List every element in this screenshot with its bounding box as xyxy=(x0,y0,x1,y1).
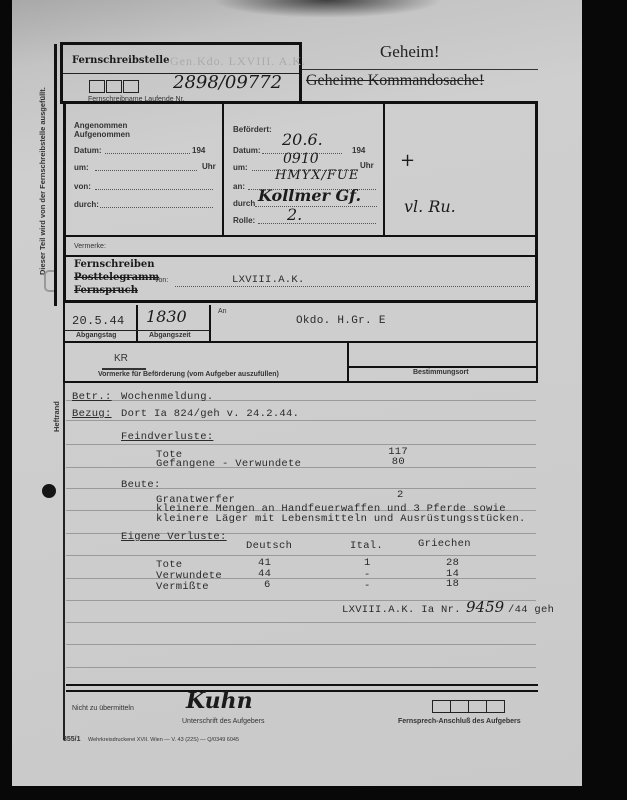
vormerke-label: Vormerke für Beförderung (vom Aufgeber a… xyxy=(98,371,279,378)
abgangstag-value: 20.5.44 xyxy=(72,314,125,328)
phone-box-2 xyxy=(450,700,469,713)
heftrand-label: Heftrand xyxy=(52,401,61,432)
fwd-an-label: an: xyxy=(233,182,245,191)
scan-shadow xyxy=(212,0,442,18)
classification-struck: Geheime Kommandosache! xyxy=(306,72,484,90)
received-durch-label: durch: xyxy=(74,200,99,209)
type-posttelegramm-struck: Posttelegramm xyxy=(74,272,159,283)
feind-gefangene-label: Gefangene - Verwundete xyxy=(156,458,301,470)
type-von-label: von: xyxy=(155,277,168,284)
bestimmungsort-label: Bestimmungsort xyxy=(413,369,469,376)
aufgenommen-label: Aufgenommen xyxy=(74,130,130,139)
nicht-uebermitteln-label: Nicht zu übermitteln xyxy=(72,705,134,712)
sender-signature: Kuhn xyxy=(186,688,253,714)
vermerke-label: Vermerke: xyxy=(74,243,106,250)
received-von-label: von: xyxy=(74,182,91,191)
abgangstag-label: Abgangstag xyxy=(76,332,116,339)
code-box-3 xyxy=(123,80,139,93)
row-label: Vermißte xyxy=(156,581,209,593)
col-divider-2 xyxy=(383,104,385,236)
row-divider-type xyxy=(66,255,535,257)
row-divider-vermerke xyxy=(66,235,535,237)
punch-hole xyxy=(42,484,56,498)
form-number: 355/1 xyxy=(63,736,81,743)
left-border xyxy=(54,44,57,306)
type-fernschreiben: Fernschreiben xyxy=(74,259,155,270)
fernsprech-label: Fernsprech-Anschluß des Aufgebers xyxy=(398,718,521,725)
operator-initials: vl. Ru. xyxy=(404,197,456,216)
fwd-year: 194 xyxy=(352,146,365,155)
received-year: 194 xyxy=(192,146,205,155)
received-um-label: um: xyxy=(74,163,89,172)
eigene-verluste-heading: Eigene Verluste: xyxy=(121,531,227,543)
beute-line-3: kleinere Läger mit Lebensmitteln und Aus… xyxy=(156,513,526,525)
fwd-datum-label: Datum: xyxy=(233,146,261,155)
sender-unit: LXVIII.A.K. xyxy=(232,274,305,286)
feindverluste-heading: Feindverluste: xyxy=(121,431,213,443)
fwd-um-value: 0910 xyxy=(283,151,319,167)
faint-stamp: Gen.Kdo. LXVIII. A.K. xyxy=(170,54,306,69)
phone-box-3 xyxy=(468,700,487,713)
fwd-um-label: um: xyxy=(233,163,248,172)
fwd-datum-value: 20.6. xyxy=(282,130,323,149)
code-box-1 xyxy=(89,80,105,93)
vormerke-value: KR xyxy=(114,353,128,364)
reference-prefix: LXVIII.A.K. Ia Nr. xyxy=(342,604,461,616)
cell-ital: - xyxy=(364,580,371,592)
fill-instruction-vertical: Dieser Teil wird von der Fernschreibstel… xyxy=(38,87,47,275)
abgangszeit-label: Abgangszeit xyxy=(149,332,191,339)
fwd-rolle-label: Rolle: xyxy=(233,216,255,225)
classification-geheim: Geheim! xyxy=(380,42,439,62)
angenommen-label: Angenommen xyxy=(74,121,127,130)
fwd-durch-value: Kollmer Gf. xyxy=(258,186,361,205)
cell-ital: 1 xyxy=(364,557,371,569)
betr-label: Betr.: xyxy=(72,391,112,403)
cell-griechen: 18 xyxy=(446,578,459,590)
phone-box-1 xyxy=(432,700,451,713)
received-uhr-label: Uhr xyxy=(202,162,216,171)
fwd-rolle-value: 2. xyxy=(287,205,302,224)
beute-heading: Beute: xyxy=(121,479,161,491)
bezug-value: Dort Ia 824/geh v. 24.2.44. xyxy=(121,408,299,420)
check-mark: + xyxy=(400,150,415,171)
col-divider-1 xyxy=(222,104,224,236)
left-margin-rule xyxy=(63,340,65,740)
betr-value: Wochenmeldung. xyxy=(121,391,213,403)
befoerdert-label: Befördert: xyxy=(233,125,272,134)
col-griechen: Griechen xyxy=(418,538,471,550)
recipient-label: An xyxy=(218,308,227,315)
bezug-label: Bezug: xyxy=(72,408,112,420)
col-ital: Ital. xyxy=(350,540,383,552)
type-fernspruch-struck: Fernspruch xyxy=(74,285,138,296)
fwd-durch-label: durch xyxy=(233,199,255,208)
laufende-nr-value: 2898/09772 xyxy=(173,72,282,93)
reference-suffix: /44 geh xyxy=(508,604,554,616)
cell-deutsch: 6 xyxy=(264,579,271,591)
code-box-2 xyxy=(106,80,122,93)
phone-box-4 xyxy=(486,700,505,713)
received-datum-label: Datum: xyxy=(74,146,102,155)
fwd-an-value: HMYX/FUE xyxy=(275,168,359,183)
classification-divider xyxy=(302,69,538,70)
staple-mark xyxy=(44,270,54,292)
beute-granatwerfer-value: 2 xyxy=(397,489,404,501)
reference-number: 9459 xyxy=(466,598,504,616)
fernschreibstelle-label: Fernschreibstelle xyxy=(72,55,169,66)
printer-imprint: Wehrkreisdruckerei XVII. Wien — V. 43 (2… xyxy=(88,737,239,743)
unterschrift-label: Unterschrift des Aufgebers xyxy=(182,718,265,725)
col-deutsch: Deutsch xyxy=(246,540,292,552)
recipient-value: Okdo. H.Gr. E xyxy=(296,315,386,327)
feind-gefangene-value: 80 xyxy=(370,456,405,468)
abgangszeit-value: 1830 xyxy=(146,307,187,326)
fwd-uhr-label: Uhr xyxy=(360,161,374,170)
